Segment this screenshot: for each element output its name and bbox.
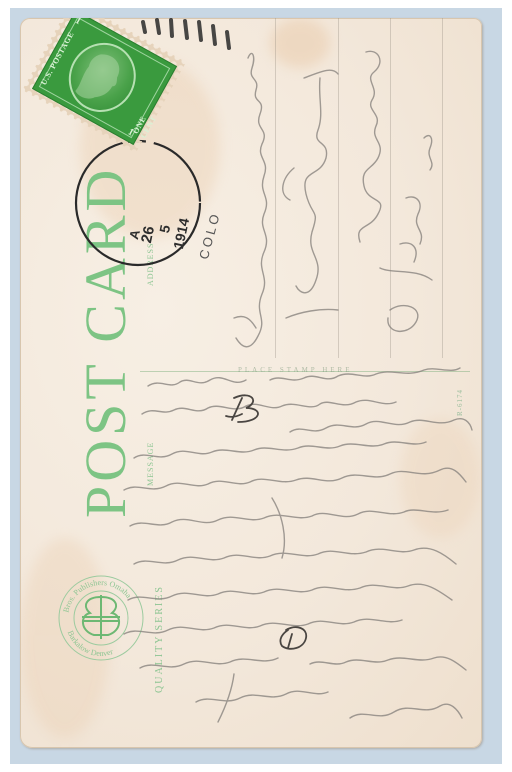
address-line bbox=[442, 18, 443, 358]
divider-caption: PLACE STAMP HERE bbox=[238, 366, 352, 374]
svg-text:Bros. Publishers Omaha: Bros. Publishers Omaha bbox=[61, 578, 133, 613]
postcard-back: PLACE STAMP HERE POST CARD ADDRESS MESSA… bbox=[20, 18, 482, 748]
address-line bbox=[390, 18, 391, 358]
postmark-day: 26 bbox=[138, 225, 158, 245]
age-stain bbox=[270, 18, 330, 68]
message-label: MESSAGE bbox=[146, 442, 155, 486]
side-code: R-6174 bbox=[456, 389, 464, 416]
age-stain bbox=[400, 418, 480, 538]
publisher-logo-icon: Bros. Publishers Omaha Barkalow Denver bbox=[56, 573, 146, 663]
quality-series-label: QUALITY SERIES bbox=[154, 585, 165, 693]
publisher-top-text: Bros. Publishers Omaha bbox=[61, 578, 133, 613]
address-line bbox=[275, 18, 276, 358]
address-line bbox=[338, 18, 339, 358]
initial-b: B bbox=[252, 415, 253, 417]
